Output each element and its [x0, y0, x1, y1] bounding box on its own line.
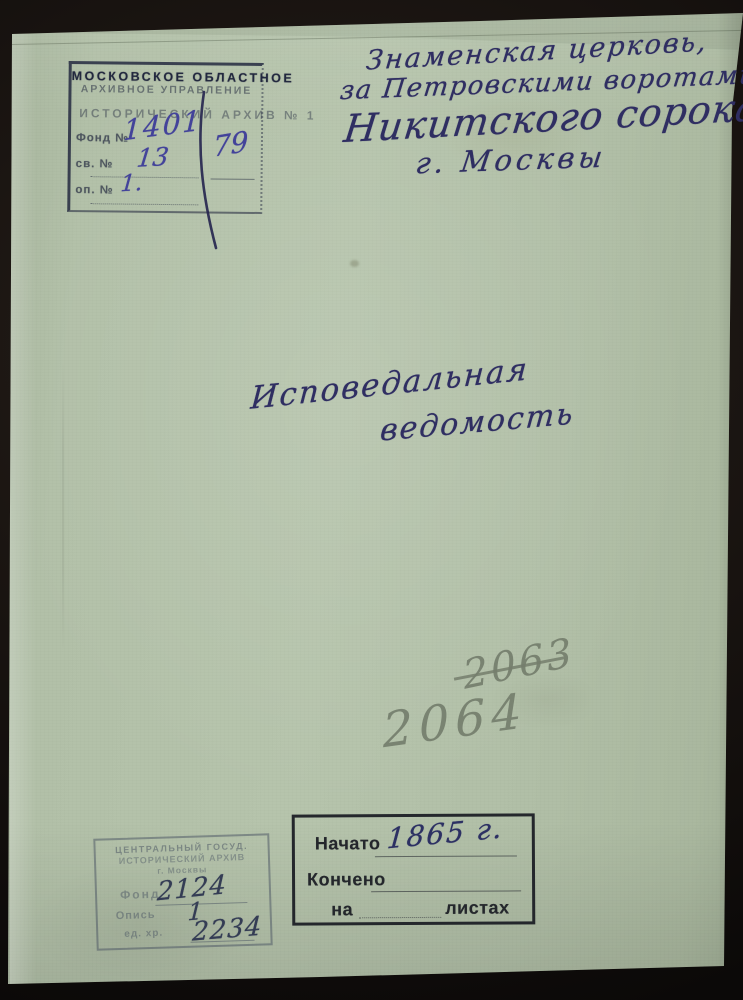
- sheets-label: листах: [445, 897, 509, 918]
- stamp-field-underline: [211, 178, 255, 179]
- right-edge-shadow: [717, 0, 743, 1000]
- stamp-field-underline: [90, 203, 198, 205]
- handwritten-start-year: 1865 г.: [386, 811, 505, 855]
- stamp-field-bundle-label: св. №: [76, 158, 114, 170]
- stamp-org-line2: АРХИВНОЕ УПРАВЛЕНИЕ: [71, 83, 261, 97]
- started-blank-line: [375, 855, 517, 857]
- spine-edge: [10, 30, 36, 986]
- finished-blank-line: [371, 890, 521, 892]
- bottom-archive-stamp: ЦЕНТРАЛЬНЫЙ ГОСУД. ИСТОРИЧЕСКИЙ АРХИВ г.…: [93, 833, 272, 950]
- on-label: на: [331, 899, 353, 920]
- stamp-field-item-label: ед. хр.: [124, 928, 163, 940]
- sheets-blank-line: [359, 917, 441, 918]
- archival-scan: МОСКОВСКОЕ ОБЛАСТНОЕ АРХИВНОЕ УПРАВЛЕНИЕ…: [0, 0, 743, 1000]
- paper-speck: [350, 260, 359, 267]
- top-archive-stamp: МОСКОВСКОЕ ОБЛАСТНОЕ АРХИВНОЕ УПРАВЛЕНИЕ…: [67, 61, 264, 214]
- church-title-line4: г. Москвы: [414, 140, 609, 181]
- vertical-crease: [62, 360, 64, 660]
- stamp-field-fond-label: Фонд: [120, 887, 161, 902]
- stamp-field-fond-label: Фонд №: [76, 132, 129, 145]
- stamp-field-opis-label: Опись: [116, 909, 156, 922]
- handwritten-opis-number: 1.: [119, 170, 143, 197]
- started-label: Начато: [315, 833, 381, 854]
- stamp-field-underline: [91, 176, 199, 178]
- handwritten-bundle-number: 13: [135, 142, 170, 173]
- stamp-field-opis-label: оп. №: [75, 184, 113, 196]
- handwritten-case-number: 79: [213, 125, 249, 164]
- finished-label: Кончено: [307, 869, 386, 890]
- date-box: Начато 1865 г. Кончено на листах: [292, 813, 536, 925]
